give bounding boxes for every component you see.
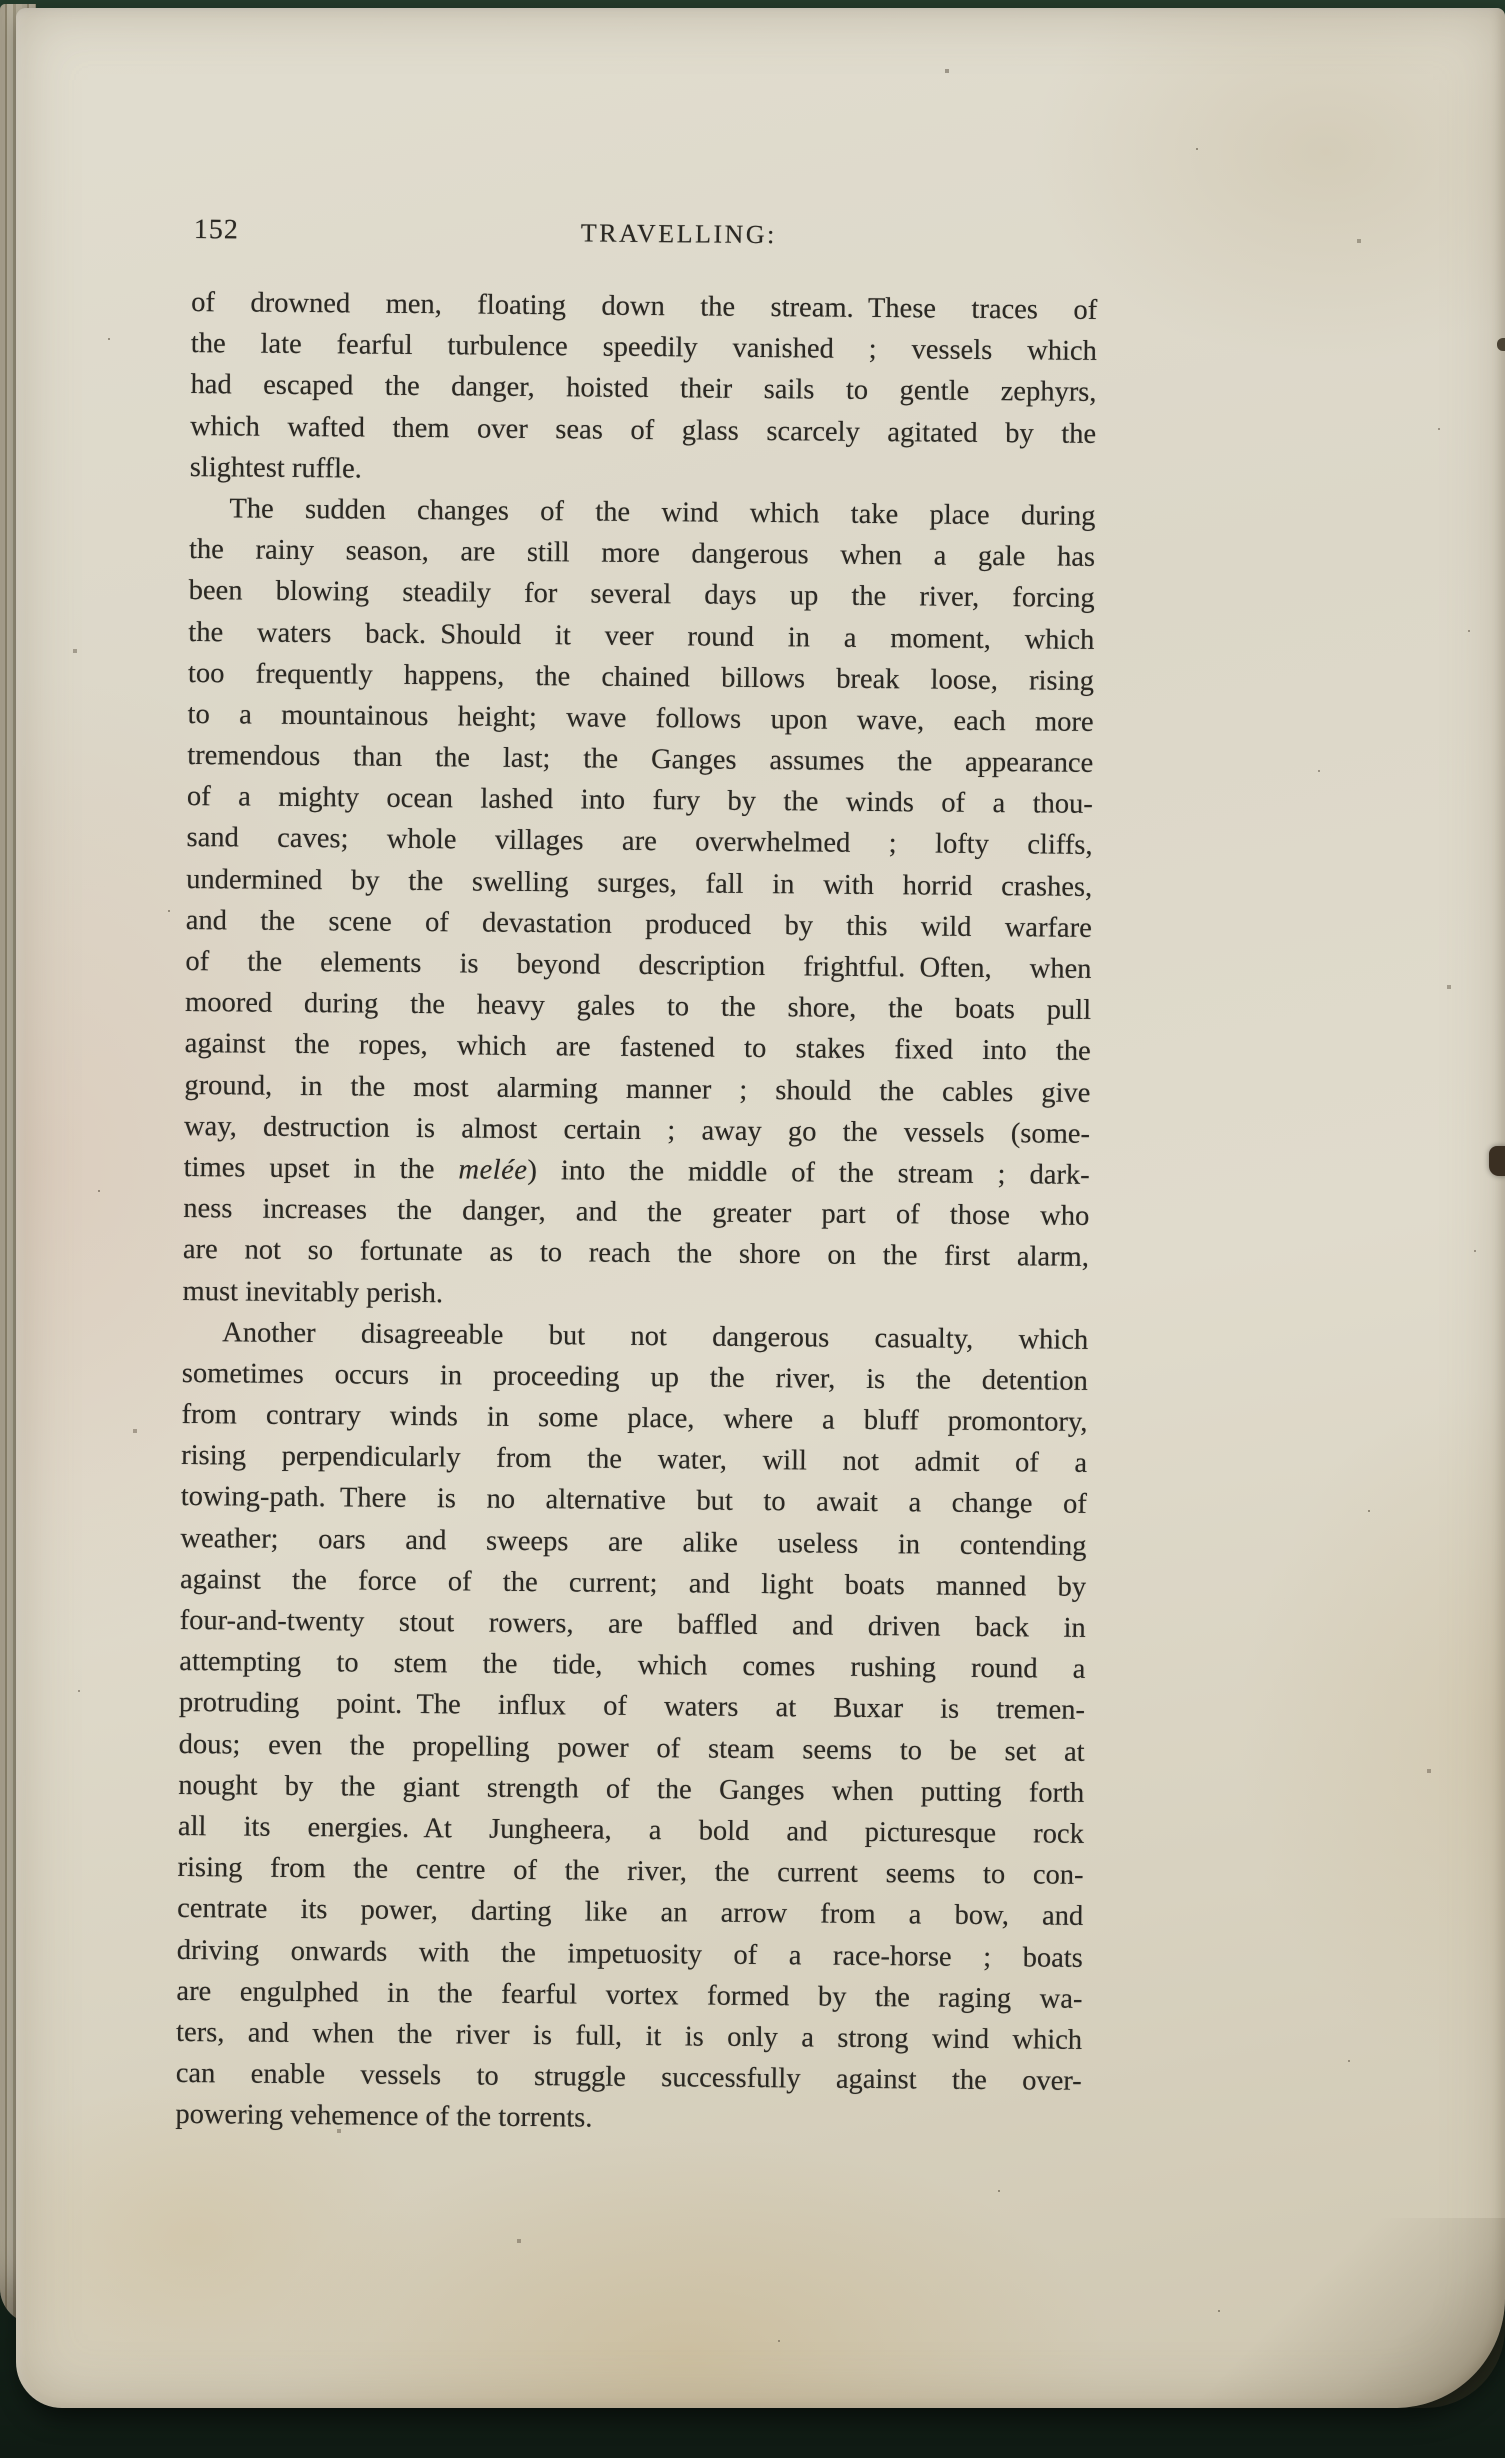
page-header: 152 TRAVELLING:	[192, 214, 1098, 260]
text-line: powering vehemence of the torrents.	[175, 2094, 1081, 2143]
page-body: of drowned men, floating down the stream…	[175, 282, 1097, 2143]
book-page: 152 TRAVELLING: of drowned men, floating…	[16, 8, 1505, 2408]
book-photo: 152 TRAVELLING: of drowned men, floating…	[0, 0, 1505, 2458]
text-line: centrate its power, darting like an arro…	[177, 1888, 1083, 1937]
text-line: are not so fortunate as to reach the sho…	[183, 1229, 1089, 1278]
text-line: sand caves; whole villages are overwhelm…	[186, 817, 1092, 866]
paper-speckles	[16, 8, 18, 10]
text-line: had escaped the danger, hoisted their sa…	[190, 364, 1096, 413]
page-corner-shadow	[1185, 2218, 1505, 2408]
running-title: TRAVELLING:	[226, 215, 1132, 253]
page-text: 152 TRAVELLING: of drowned men, floating…	[175, 214, 1098, 2143]
text-line: against the ropes, which are fastened to…	[185, 1023, 1091, 1072]
text-line: protruding point. The influx of waters a…	[179, 1682, 1085, 1731]
text-line: towing-path. There is no alternative but…	[181, 1476, 1087, 1525]
page-edge-mark	[1497, 338, 1505, 351]
page-edge-tear	[1489, 1146, 1505, 1176]
text-line: been blowing steadily for several days u…	[189, 570, 1095, 619]
